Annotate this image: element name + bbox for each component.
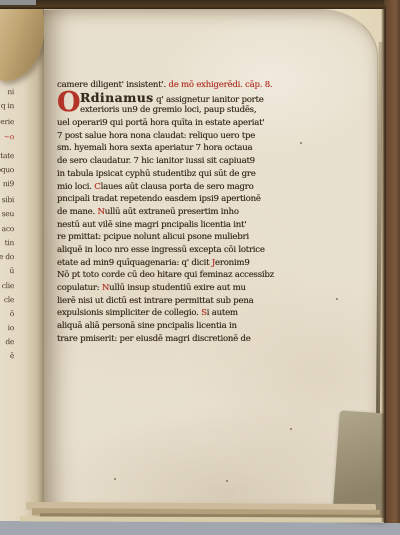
gutter-fragment: ū	[0, 266, 14, 275]
body-text: aliquā aliā personā sine pncipalis licen…	[57, 321, 237, 331]
manuscript-line: lierē nisi ut dictū est intrare permitta…	[57, 295, 277, 308]
body-text: mio loci.	[57, 182, 94, 192]
manuscript-line: uel operari9 qui portā hora quīta in est…	[57, 117, 277, 130]
body-text: expulsionis simpliciter de collegio.	[57, 308, 201, 318]
manuscript-line: nestū aut vilē sine magri pncipalis lice…	[57, 219, 277, 232]
body-text: eronim9	[215, 258, 250, 268]
manuscript-line: expulsionis simpliciter de collegio. Si …	[57, 307, 277, 320]
manuscript-line: de mane. Nullū aūt extraneū presertim in…	[57, 206, 277, 219]
gutter-fragment: ō	[0, 309, 14, 318]
manuscript-lines: camere diligent' insistent'. de mō exhig…	[57, 79, 277, 345]
body-text: re pmittat: pcipue nolunt alicui psone m…	[57, 232, 249, 242]
manuscript-line: aliquē in loco nro esse ingressū excepta…	[57, 244, 277, 257]
binding-right-board	[384, 0, 400, 523]
gutter-fragment: ~o	[0, 132, 14, 141]
binding-right-shadow	[381, 6, 386, 522]
manuscript-line: in tabula ipsicat cyphū studentibz qui s…	[57, 168, 277, 181]
body-text: lierē nisi ut dictū est intrare permitta…	[57, 296, 254, 306]
gutter-fragment: oquo	[0, 165, 14, 174]
gutter-fragment: io	[0, 323, 14, 332]
body-text: aliquē in loco nro esse ingressū excepta…	[57, 245, 265, 255]
body-text: in tabula ipsicat cyphū studentibz qui s…	[57, 169, 256, 179]
body-text: Rdinamus	[80, 90, 154, 105]
manuscript-line: trare pmiserit: per eiusdē magri discret…	[57, 333, 277, 346]
gutter-fragment: erie	[0, 117, 14, 126]
manuscript-line: copulatur: Nullū insup studentiū exire a…	[57, 282, 277, 295]
gutter-fragment: q in	[0, 101, 14, 110]
background-sliver	[0, 0, 36, 5]
body-text: sm. hyemali hora sexta aperiatur 7 hora …	[57, 143, 252, 153]
gutter-fragment: aco	[0, 224, 14, 233]
body-text: laues aūt clausa porta de sero magro	[101, 182, 254, 192]
gutter-fragment: ē	[0, 351, 14, 360]
rubricated-text: de mō exhigerēdi. cāp. 8.	[168, 80, 272, 90]
body-text: trare pmiserit: per eiusdē magri discret…	[57, 334, 251, 344]
body-text: copulatur:	[57, 283, 102, 293]
manuscript-line: sm. hyemali hora sexta aperiatur 7 hora …	[57, 142, 277, 155]
manuscript-line: etate ad min9 quīquagenaria: q' dicit Je…	[57, 257, 277, 270]
manuscript-line: mio loci. Claues aūt clausa porta de ser…	[57, 181, 277, 194]
manuscript-line: re pmittat: pcipue nolunt alicui psone m…	[57, 231, 277, 244]
manuscript-line: de sero claudatur. 7 hic ianitor iussi s…	[57, 155, 277, 168]
body-text: 7 post salue hora nona claudat: reliquo …	[57, 131, 255, 141]
red-initial-dropcap: O	[57, 90, 79, 116]
body-text: Nō pt toto corde cū deo hitare qui femin…	[57, 270, 274, 280]
rubricated-text: N	[97, 207, 104, 217]
body-text: i autem	[207, 308, 238, 318]
manuscript-line: aliquā aliā personā sine pncipalis licen…	[57, 320, 277, 333]
gutter-fragment: cle	[0, 295, 14, 304]
gutter-fragment: e do	[0, 252, 14, 261]
manuscript-line: pncipali tradat repetendo easdem ipsi9 a…	[57, 193, 277, 206]
manuscript-line: 7 post salue hora nona claudat: reliquo …	[57, 130, 277, 143]
body-text: pncipali tradat repetendo easdem ipsi9 a…	[57, 194, 261, 204]
manuscript-line: Nō pt toto corde cū deo hitare qui femin…	[57, 269, 277, 282]
gutter-fragment: clie	[0, 281, 14, 290]
gutter-fragment: seu	[0, 209, 14, 218]
manuscript-line: exterioris un9 de gremio loci, paup stud…	[57, 104, 277, 117]
page-block-edges	[20, 503, 380, 523]
body-text: ullū insup studentiū exire aut mu	[109, 283, 246, 293]
text-block: O camere diligent' insistent'. de mō exh…	[57, 79, 277, 345]
body-text: q' assignetur ianitor porte	[154, 95, 264, 105]
gutter-fragment: itate	[0, 151, 14, 160]
body-text: etate ad min9 quīquagenaria: q' dicit	[57, 258, 212, 268]
gutter-fragment: ni	[0, 87, 14, 96]
gutter-fragment: tin	[0, 238, 14, 247]
body-text: ullū aūt extraneū presertim inho	[105, 207, 239, 217]
body-text: de sero claudatur. 7 hic ianitor iussi s…	[57, 156, 255, 166]
manuscript-photo: ndniq inerie~oitateoquoni9sibiseuacotine…	[0, 0, 400, 535]
body-text: de mane.	[57, 207, 97, 217]
gutter-fragment: ni9	[0, 179, 14, 188]
gutter-fragment: de	[0, 337, 14, 346]
body-text: exterioris un9 de gremio loci, paup stud…	[80, 105, 256, 115]
gutter-fragment: sibi	[0, 195, 14, 204]
body-text: nestū aut vilē sine magri pncipalis lice…	[57, 220, 246, 230]
binding-top-edge	[0, 0, 400, 9]
body-text: uel operari9 qui portā hora quīta in est…	[57, 118, 264, 128]
manuscript-line: Rdinamus q' assignetur ianitor porte	[57, 92, 277, 105]
